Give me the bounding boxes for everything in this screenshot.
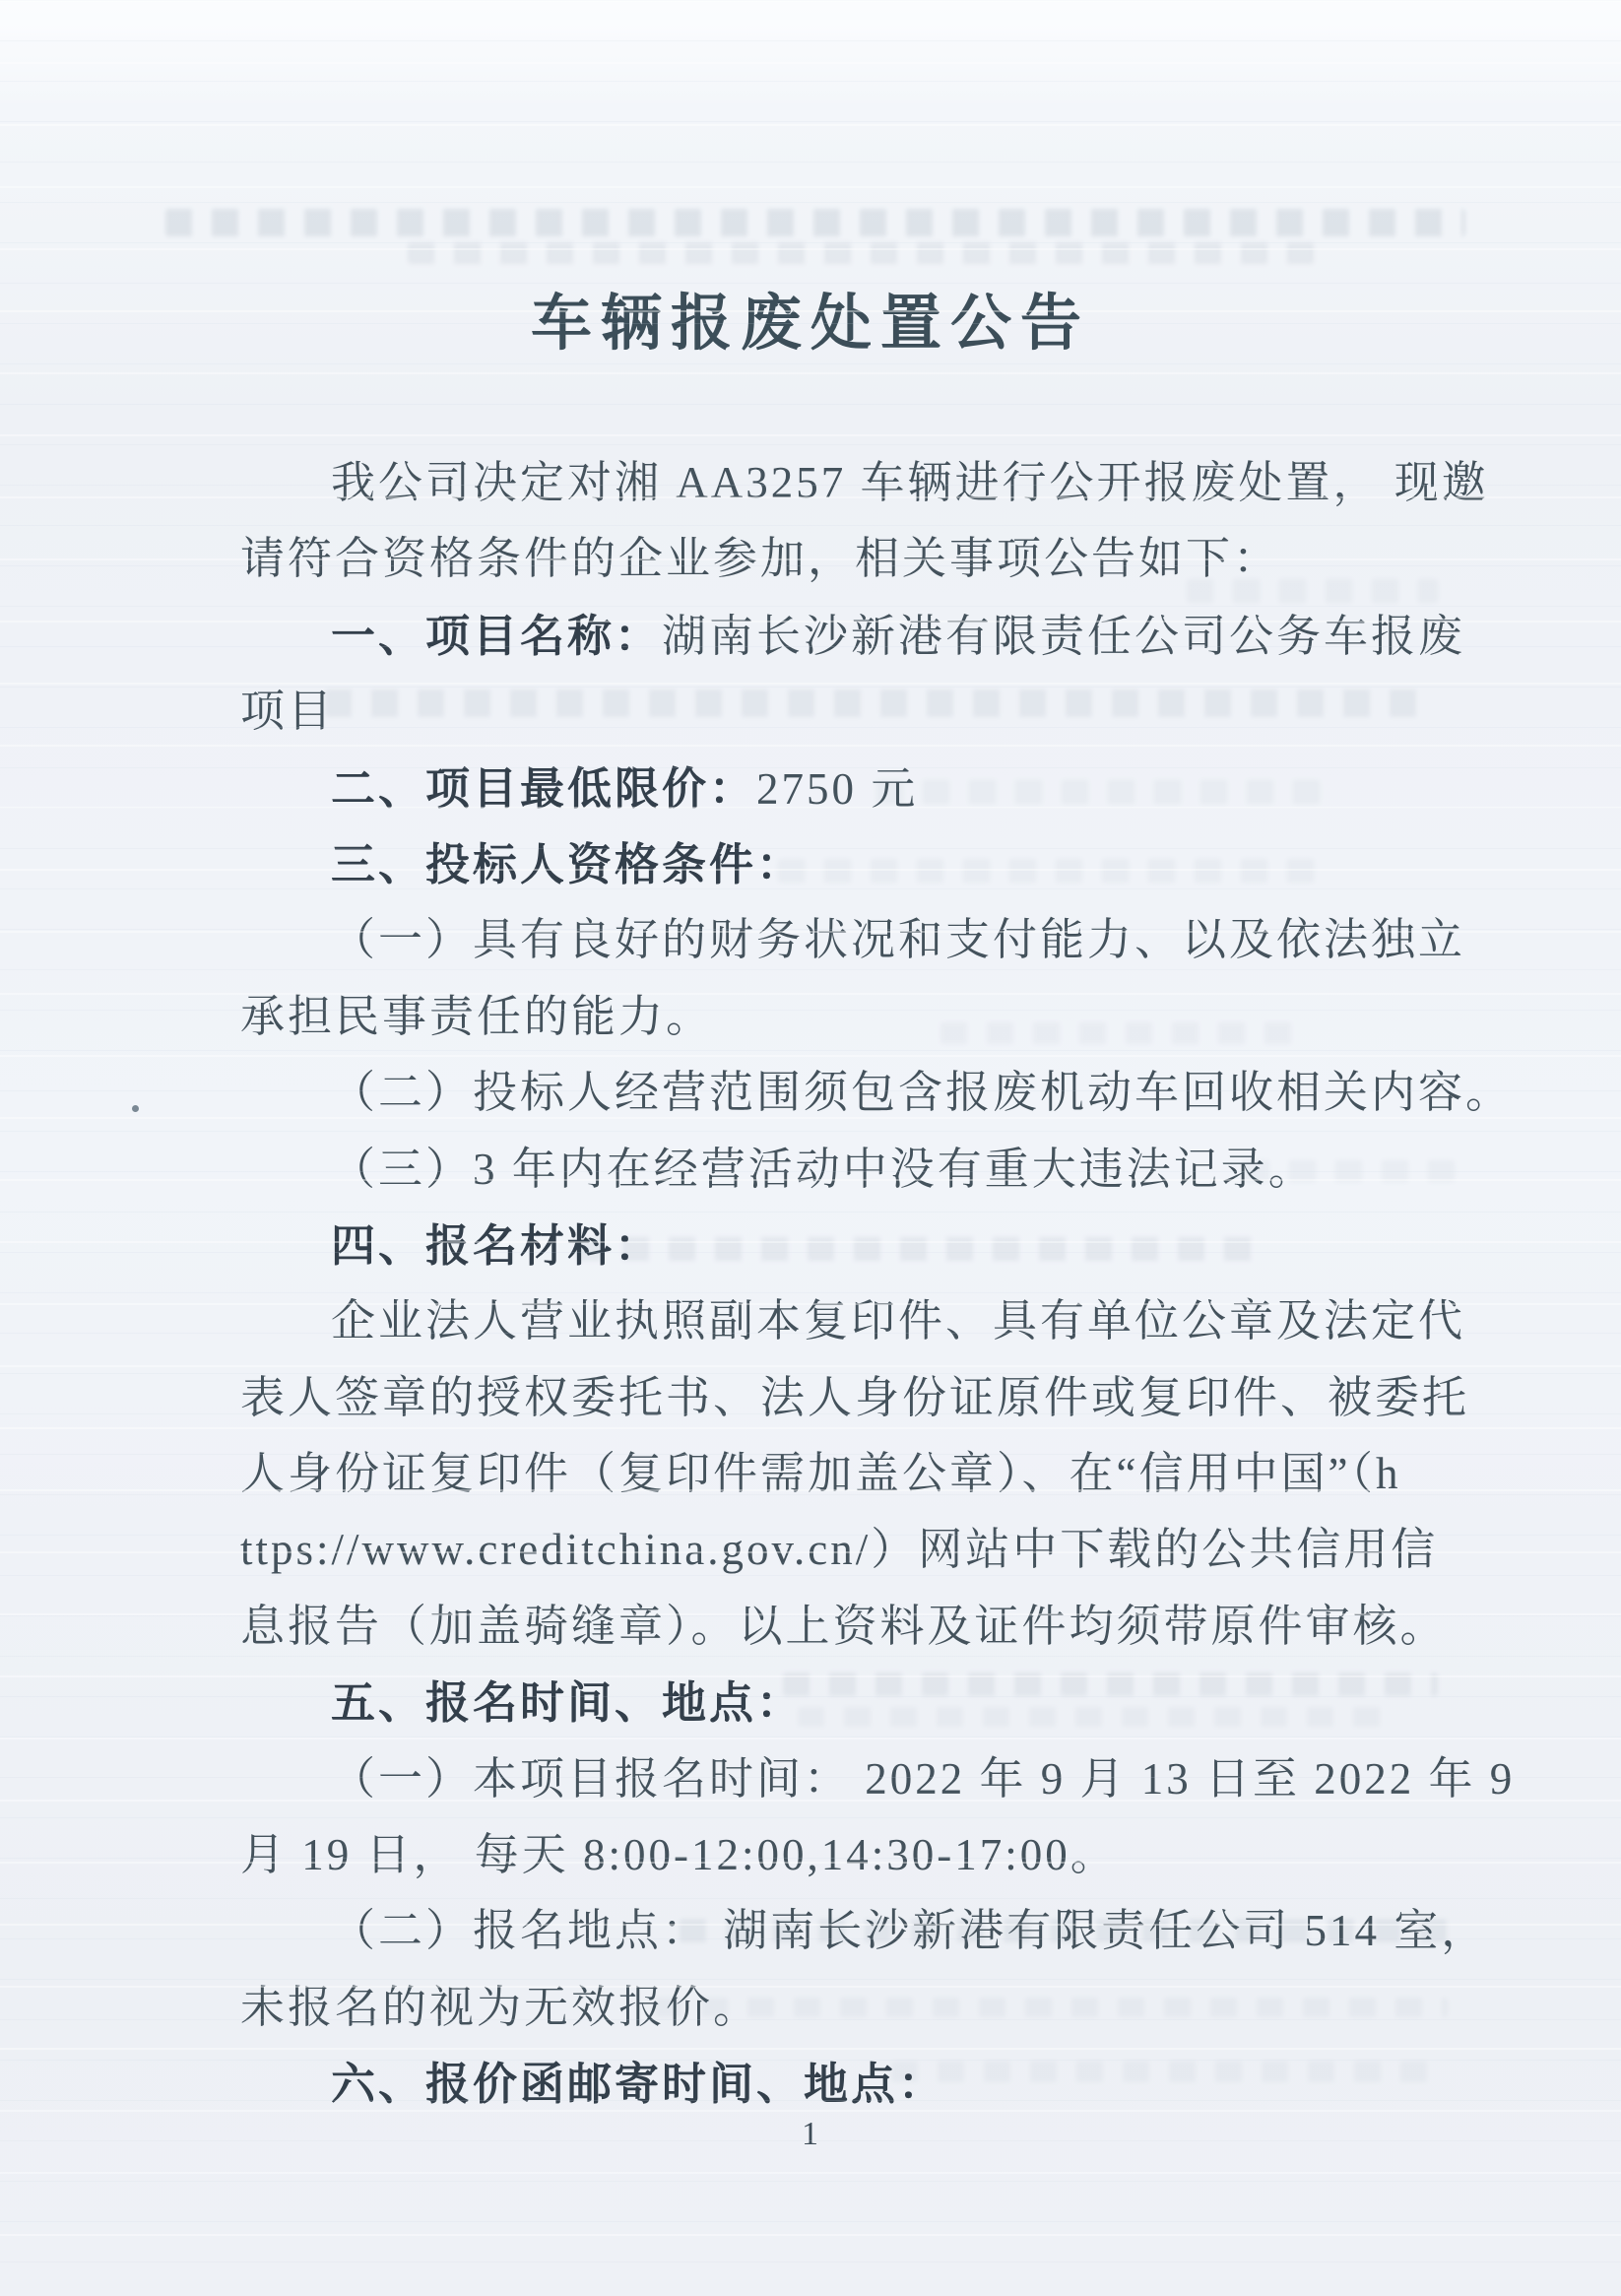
doc-line: 企业法人营业执照副本复印件、具有单位公章及法定代: [240, 1283, 1412, 1359]
doc-line: （二）报名地点： 湖南长沙新港有限责任公司 514 室，: [240, 1893, 1412, 1969]
section-heading: 二、项目最低限价：: [331, 763, 756, 814]
doc-line: ttps://www.creditchina.gov.cn/）网站中下载的公共信…: [240, 1512, 1412, 1588]
line-text: 请符合资格条件的企业参加，相关事项公告如下：: [240, 534, 1280, 583]
line-text: 2750 元: [756, 764, 918, 814]
line-text: 企业法人营业执照副本复印件、具有单位公章及法定代: [331, 1296, 1465, 1345]
doc-line: 我公司决定对湘 AA3257 车辆进行公开报废处置， 现邀: [240, 445, 1412, 521]
line-text: 项目: [240, 687, 335, 736]
section-heading: 三、投标人资格条件：: [331, 839, 804, 889]
line-text: 我公司决定对湘 AA3257 车辆进行公开报废处置， 现邀: [331, 458, 1489, 507]
line-text: 未报名的视为无效报价。: [240, 1983, 760, 2032]
line-text: 息报告（加盖骑缝章）。以上资料及证件均须带原件审核。: [240, 1602, 1448, 1651]
document-body: 我公司决定对湘 AA3257 车辆进行公开报废处置， 现邀 请符合资格条件的企业…: [240, 445, 1412, 2123]
doc-line: 项目: [240, 674, 1412, 750]
section-heading: 一、项目名称：: [331, 611, 662, 661]
doc-line: 二、项目最低限价：2750 元: [240, 751, 1412, 826]
line-text: （三）3 年内在经营活动中没有重大违法记录。: [331, 1145, 1316, 1194]
page-number: 1: [0, 2116, 1621, 2153]
doc-line: 人身份证复印件（复印件需加盖公章）、在“信用中国”（h: [240, 1436, 1412, 1512]
doc-line: 一、项目名称：湖南长沙新港有限责任公司公务车报废: [240, 598, 1412, 674]
line-text: （二）报名地点： 湖南长沙新港有限责任公司 514 室，: [331, 1906, 1488, 1955]
scan-speck: [132, 1105, 139, 1112]
line-text: （二）投标人经营范围须包含报废机动车回收相关内容。: [331, 1068, 1513, 1117]
line-text: 表人签章的授权委托书、法人身份证原件或复印件、被委托: [240, 1373, 1469, 1422]
doc-line: 未报名的视为无效报价。: [240, 1970, 1412, 2046]
section-heading: 四、报名材料：: [331, 1220, 662, 1271]
doc-line: 三、投标人资格条件：: [240, 826, 1412, 902]
line-text: 承担民事责任的能力。: [240, 992, 713, 1041]
line-text: 湖南长沙新港有限责任公司公务车报废: [662, 612, 1465, 661]
doc-line: 承担民事责任的能力。: [240, 979, 1412, 1055]
doc-line: （二）投标人经营范围须包含报废机动车回收相关内容。: [240, 1055, 1412, 1131]
doc-line: （一）本项目报名时间： 2022 年 9 月 13 日至 2022 年 9: [240, 1741, 1412, 1817]
section-heading: 五、报名时间、地点：: [331, 1677, 804, 1728]
line-text: 人身份证复印件（复印件需加盖公章）、在“信用中国”（h: [240, 1449, 1400, 1498]
doc-line: （一）具有良好的财务状况和支付能力、以及依法独立: [240, 902, 1412, 978]
doc-line: 请符合资格条件的企业参加，相关事项公告如下：: [240, 521, 1412, 597]
line-text: ttps://www.creditchina.gov.cn/）网站中下载的公共信…: [240, 1525, 1438, 1574]
doc-line: 五、报名时间、地点：: [240, 1665, 1412, 1740]
doc-line: 四、报名材料：: [240, 1208, 1412, 1283]
doc-line: 表人签章的授权委托书、法人身份证原件或复印件、被委托: [240, 1360, 1412, 1436]
line-text: （一）本项目报名时间： 2022 年 9 月 13 日至 2022 年 9: [331, 1754, 1515, 1804]
doc-line: 息报告（加盖骑缝章）。以上资料及证件均须带原件审核。: [240, 1589, 1412, 1665]
bleedthrough-artifact: [165, 209, 1465, 236]
doc-line: 月 19 日， 每天 8:00-12:00,14:30-17:00。: [240, 1817, 1412, 1893]
doc-line: （三）3 年内在经营活动中没有重大违法记录。: [240, 1132, 1412, 1208]
doc-line: 六、报价函邮寄时间、地点：: [240, 2046, 1412, 2122]
line-text: 月 19 日， 每天 8:00-12:00,14:30-17:00。: [240, 1830, 1118, 1879]
scanned-document-page: 车辆报废处置公告 我公司决定对湘 AA3257 车辆进行公开报废处置， 现邀 请…: [0, 0, 1621, 2296]
bleedthrough-artifact: [408, 242, 1314, 264]
page-title: 车辆报废处置公告: [0, 274, 1621, 361]
section-heading: 六、报价函邮寄时间、地点：: [331, 2059, 945, 2109]
line-text: （一）具有良好的财务状况和支付能力、以及依法独立: [331, 915, 1465, 964]
